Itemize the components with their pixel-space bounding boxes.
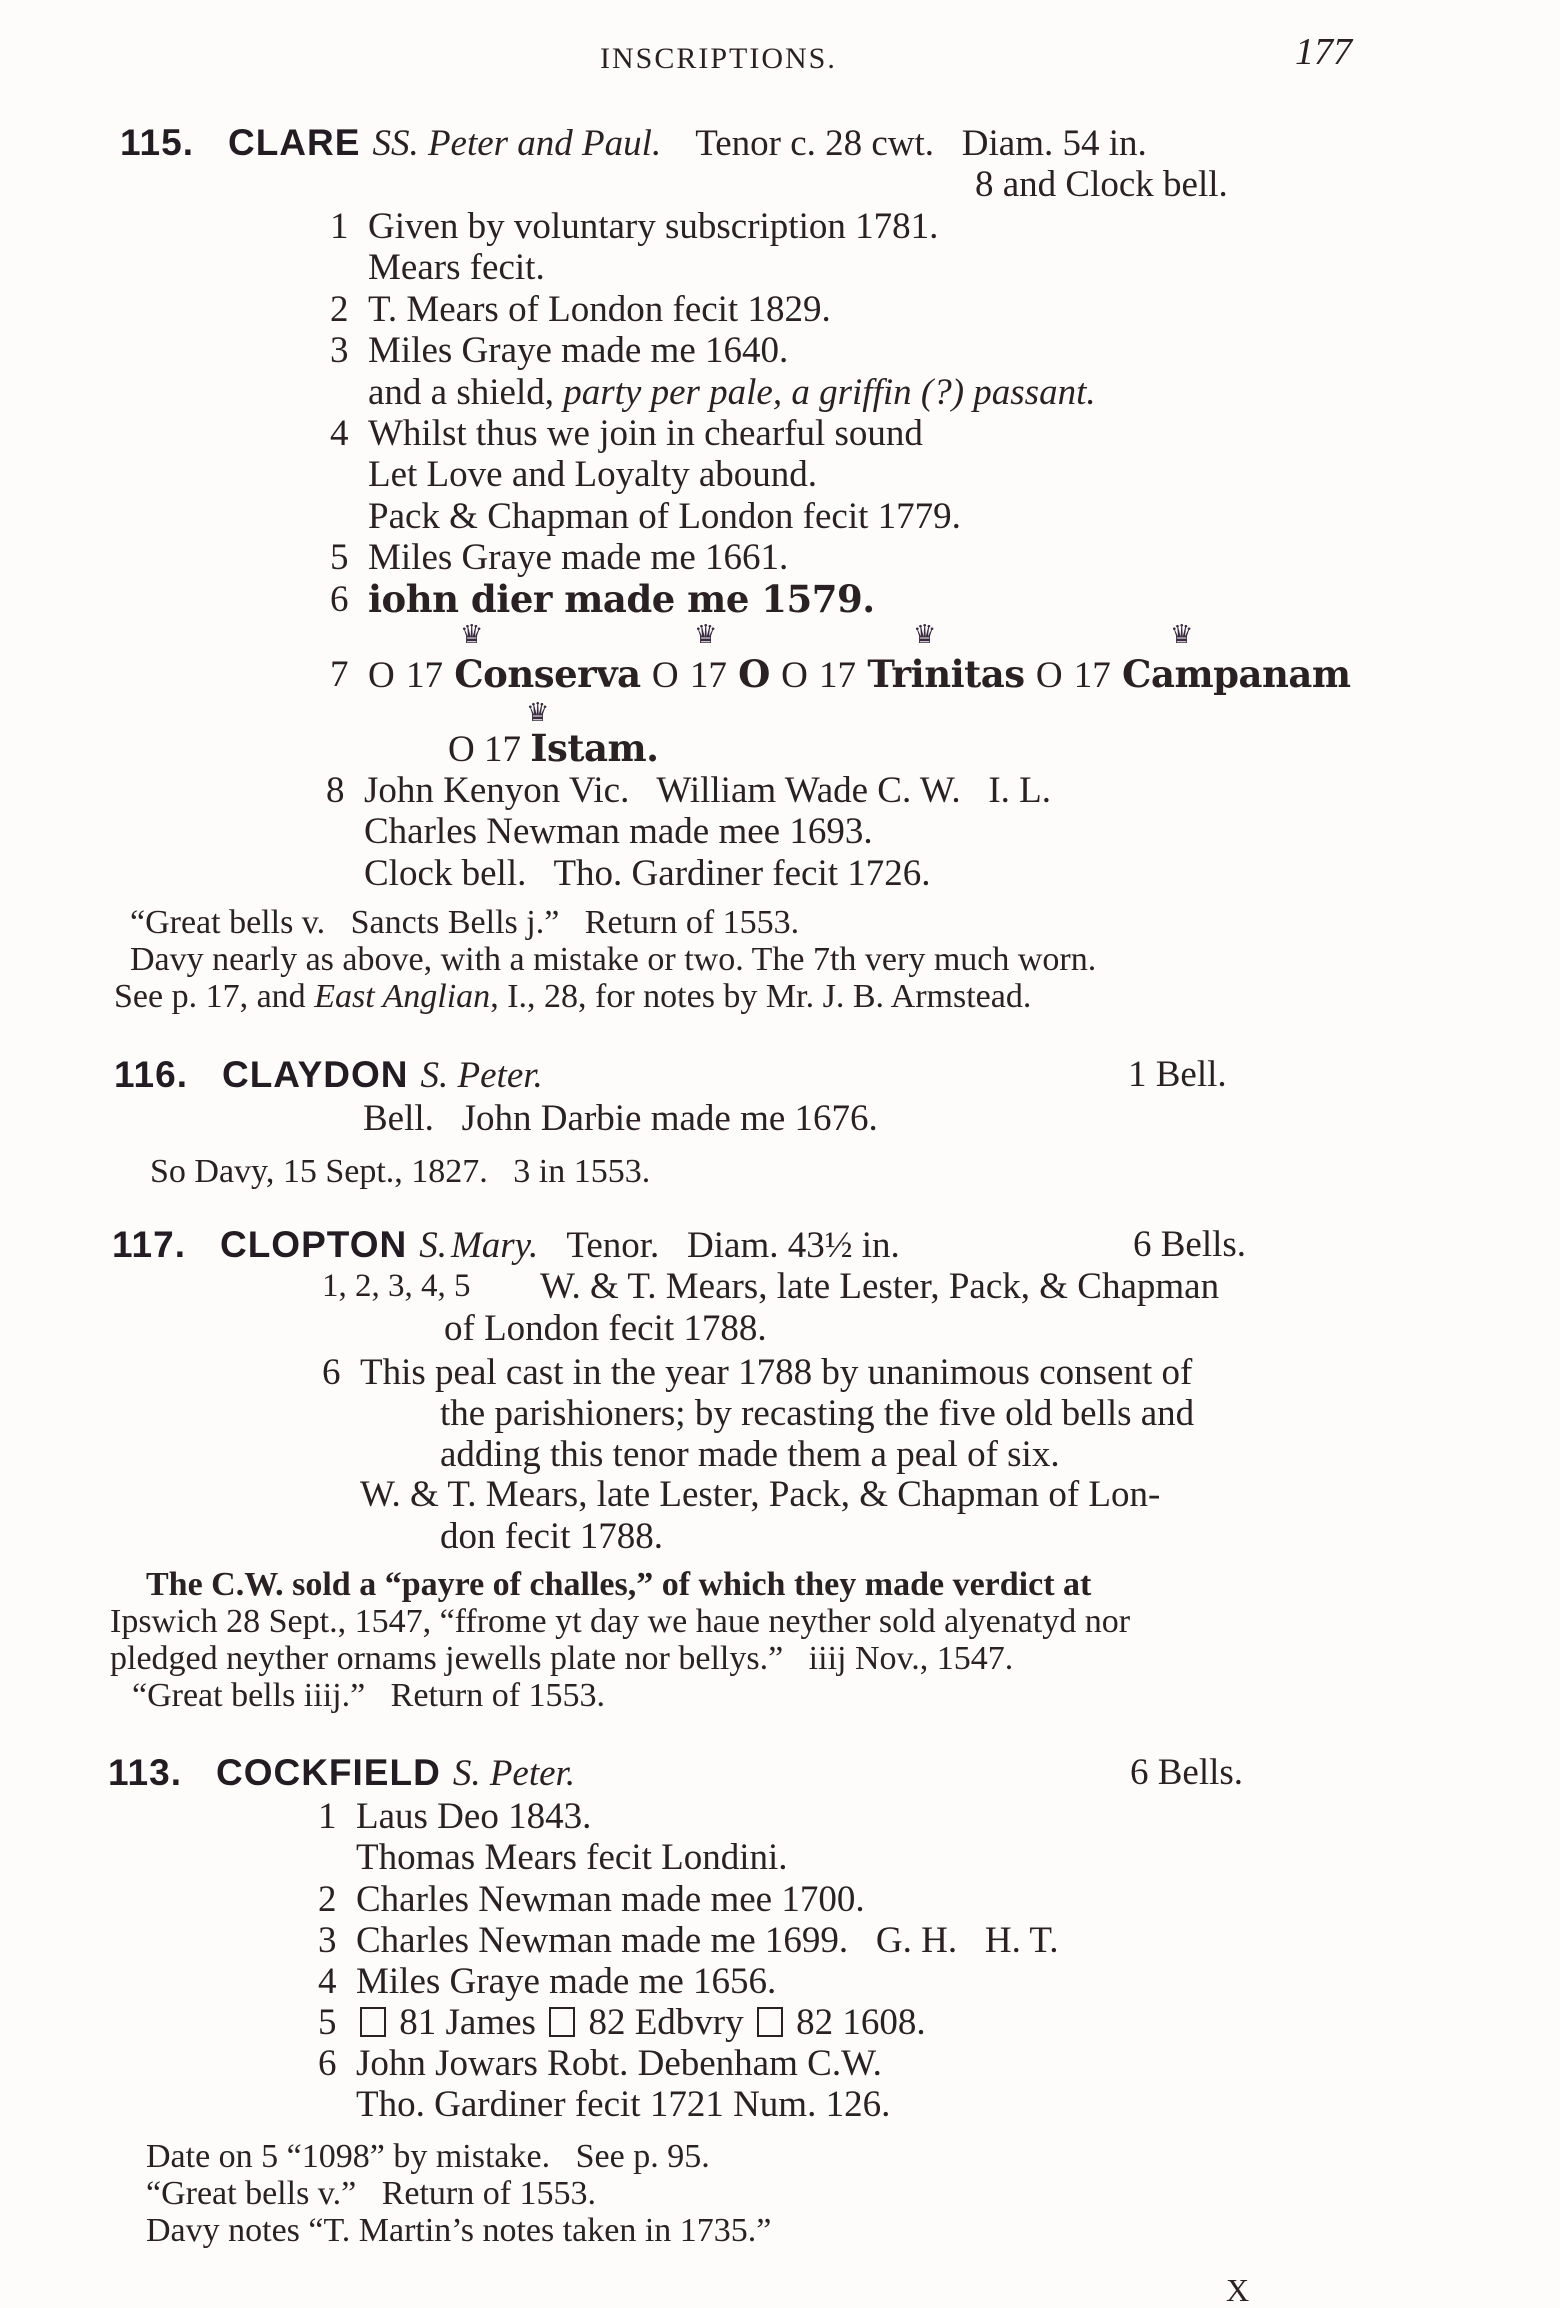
inscription-line: W. & T. Mears, late Lester, Pack, & Chap… xyxy=(540,1266,1219,1307)
note-line: So Davy, 15 Sept., 1827. 3 in 1553. xyxy=(150,1153,650,1190)
tenor-details: Tenor c. 28 cwt. Diam. 54 in. xyxy=(695,123,1147,164)
segment: O 17 xyxy=(781,655,856,696)
bell-count: 6 Bells. xyxy=(1130,1752,1243,1793)
segment: 82 1608. xyxy=(796,2002,926,2043)
inscription-line: T. Mears of London fecit 1829. xyxy=(368,289,831,330)
bell-number: 3 xyxy=(330,330,349,371)
inscription-line: adding this tenor made them a peal of si… xyxy=(440,1434,1060,1475)
inscription-line: Clock bell. Tho. Gardiner fecit 1726. xyxy=(364,853,931,894)
note-line: “Great bells v.” Return of 1553. xyxy=(146,2175,596,2212)
bell-count: 8 and Clock bell. xyxy=(975,164,1228,205)
dedication: SS. Peter and Paul. xyxy=(372,123,661,164)
inscription-line: Laus Deo 1843. xyxy=(356,1796,591,1837)
bell-7-continuation: O 17 Istam. xyxy=(448,728,658,770)
inscription-line: Bell. John Darbie made me 1676. xyxy=(363,1098,878,1139)
tenor-details: Tenor. Diam. 43½ in. xyxy=(566,1225,899,1266)
inscription-line: Miles Graye made me 1640. xyxy=(368,330,788,371)
note-line: The C.W. sold a “payre of challes,” of w… xyxy=(146,1566,1091,1603)
signature-mark: X xyxy=(1226,2270,1249,2308)
bell-number: 6 xyxy=(318,2043,337,2084)
inscription-line: John Kenyon Vic. William Wade C. W. I. L… xyxy=(364,770,1051,811)
see-note-text: , I., 28, for notes by Mr. J. B. Armstea… xyxy=(490,978,1031,1015)
bell-number: 8 xyxy=(326,770,345,811)
segment: O 17 xyxy=(1036,655,1111,696)
dedication: S. Peter. xyxy=(453,1753,575,1794)
crown-icon: ♛ xyxy=(913,622,936,648)
note-line: Davy nearly as above, with a mistake or … xyxy=(130,941,1096,978)
note-line: Davy notes “T. Martin’s notes taken in 1… xyxy=(146,2212,771,2249)
segment: 82 Edbvry xyxy=(588,2002,743,2043)
inscription-line: Given by voluntary subscription 1781. xyxy=(368,206,938,247)
segment: O 17 xyxy=(368,655,443,696)
place-name: COCKFIELD xyxy=(216,1752,441,1793)
note-line: Date on 5 “1098” by mistake. See p. 95. xyxy=(146,2138,710,2175)
dedication: S. Peter. xyxy=(421,1055,543,1096)
shield-blazon: party per pale, a griffin (?) passant. xyxy=(563,372,1095,413)
segment-blackletter: Istam. xyxy=(530,726,658,770)
inscription-line: of London fecit 1788. xyxy=(444,1308,767,1349)
bell-number: 1 xyxy=(330,206,349,247)
dedication: Mary. xyxy=(451,1225,538,1266)
place-name: CLAYDON xyxy=(222,1054,409,1095)
crown-icon: ♛ xyxy=(1170,622,1193,648)
bell-number: 7 xyxy=(330,654,349,695)
segment: O 17 xyxy=(652,655,727,696)
publication-title: East Anglian xyxy=(314,978,490,1015)
inscription-line: Miles Graye made me 1661. xyxy=(368,537,788,578)
entry-heading: 116. CLAYDON S. Peter. xyxy=(114,1054,543,1096)
segment: 81 James xyxy=(399,2002,536,2043)
note-line: “Great bells v. Sancts Bells j.” Return … xyxy=(130,904,799,941)
inscription-line: John Jowars Robt. Debenham C.W. xyxy=(356,2043,882,2084)
segment-blackletter: Conserva xyxy=(454,652,640,696)
bell-number: 4 xyxy=(318,1961,337,2002)
crown-icon: ♛ xyxy=(460,622,483,648)
segment-blackletter: Trinitas xyxy=(867,652,1024,696)
segment-blackletter: O xyxy=(738,652,770,696)
segment: O 17 xyxy=(448,729,521,770)
shield-prefix: and a shield, xyxy=(368,372,554,413)
bell-number: 2 xyxy=(318,1879,337,1920)
inscription-line: Thomas Mears fecit Londini. xyxy=(356,1837,788,1878)
bell-number: 1 xyxy=(318,1796,337,1837)
entry-heading: 113. COCKFIELD S. Peter. xyxy=(108,1752,575,1794)
inscription-line: W. & T. Mears, late Lester, Pack, & Chap… xyxy=(360,1474,1160,1515)
inscription-line: don fecit 1788. xyxy=(440,1516,663,1557)
inscription-line: Whilst thus we join in chearful sound xyxy=(368,413,923,454)
page-number: 177 xyxy=(1295,32,1352,73)
square-stamp-icon xyxy=(757,2007,783,2037)
crown-icon: ♛ xyxy=(526,700,549,726)
inscription-line: Charles Newman made mee 1693. xyxy=(364,811,873,852)
bell-number: 4 xyxy=(330,413,349,454)
bell-number: 5 xyxy=(330,537,349,578)
bell-count: 6 Bells. xyxy=(1133,1224,1246,1265)
square-stamp-icon xyxy=(549,2007,575,2037)
inscription-line: Pack & Chapman of London fecit 1779. xyxy=(368,496,961,537)
inscription-line: Let Love and Loyalty abound. xyxy=(368,454,817,495)
inscription-line: Charles Newman made me 1699. G. H. H. T. xyxy=(356,1920,1059,1961)
see-note-text: See p. 17, and xyxy=(114,978,314,1015)
crown-icon: ♛ xyxy=(694,622,717,648)
inscription-line: Miles Graye made me 1656. xyxy=(356,1961,776,2002)
note-line: pledged neyther ornams jewells plate nor… xyxy=(110,1640,1013,1677)
bell-number: 6 xyxy=(330,579,349,620)
inscription-line: Tho. Gardiner fecit 1721 Num. 126. xyxy=(356,2084,890,2125)
shield-description: and a shield, party per pale, a griffin … xyxy=(368,372,1096,413)
entry-number: 115. xyxy=(120,122,194,163)
note-line: Ipswich 28 Sept., 1547, “ffrome yt day w… xyxy=(110,1603,1130,1640)
place-name: CLOPTON xyxy=(220,1224,407,1265)
inscription-line: This peal cast in the year 1788 by unani… xyxy=(360,1352,1192,1393)
place-name: CLARE xyxy=(228,122,360,163)
see-note: See p. 17, and East Anglian, I., 28, for… xyxy=(114,978,1031,1015)
inscription-line: the parishioners; by recasting the five … xyxy=(440,1393,1194,1434)
inscription-line: Charles Newman made mee 1700. xyxy=(356,1879,865,1920)
entry-number: 117. xyxy=(112,1224,186,1265)
bell-number: 5 xyxy=(318,2002,337,2043)
bell-count: 1 Bell. xyxy=(1128,1054,1227,1095)
blackletter-inscription: iohn dier made me 1579. xyxy=(368,579,875,620)
bell-number: 3 xyxy=(318,1920,337,1961)
entry-heading: 117. CLOPTON S. Mary. Tenor. Diam. 43½ i… xyxy=(112,1224,900,1266)
bell-number: 6 xyxy=(322,1352,341,1393)
entry-number: 113. xyxy=(108,1752,182,1793)
bell-number: 1, 2, 3, 4, 5 xyxy=(322,1266,471,1307)
note-line: “Great bells iiij.” Return of 1553. xyxy=(132,1677,605,1714)
bell-5-inscription: 81 James 82 Edbvry 82 1608. xyxy=(356,2002,926,2043)
entry-number: 116. xyxy=(114,1054,188,1095)
entry-heading: 115. CLARE SS. Peter and Paul. Tenor c. … xyxy=(120,122,1147,164)
running-title: INSCRIPTIONS. xyxy=(600,38,837,79)
inscription-line: Mears fecit. xyxy=(368,247,545,288)
bell-7-inscription: O 17 Conserva O 17 O O 17 Trinitas O 17 … xyxy=(368,654,1351,696)
segment-blackletter: Campanam xyxy=(1122,652,1350,696)
square-stamp-icon xyxy=(360,2007,386,2037)
dedication-prefix: S. xyxy=(419,1225,447,1266)
bell-number: 2 xyxy=(330,289,349,330)
